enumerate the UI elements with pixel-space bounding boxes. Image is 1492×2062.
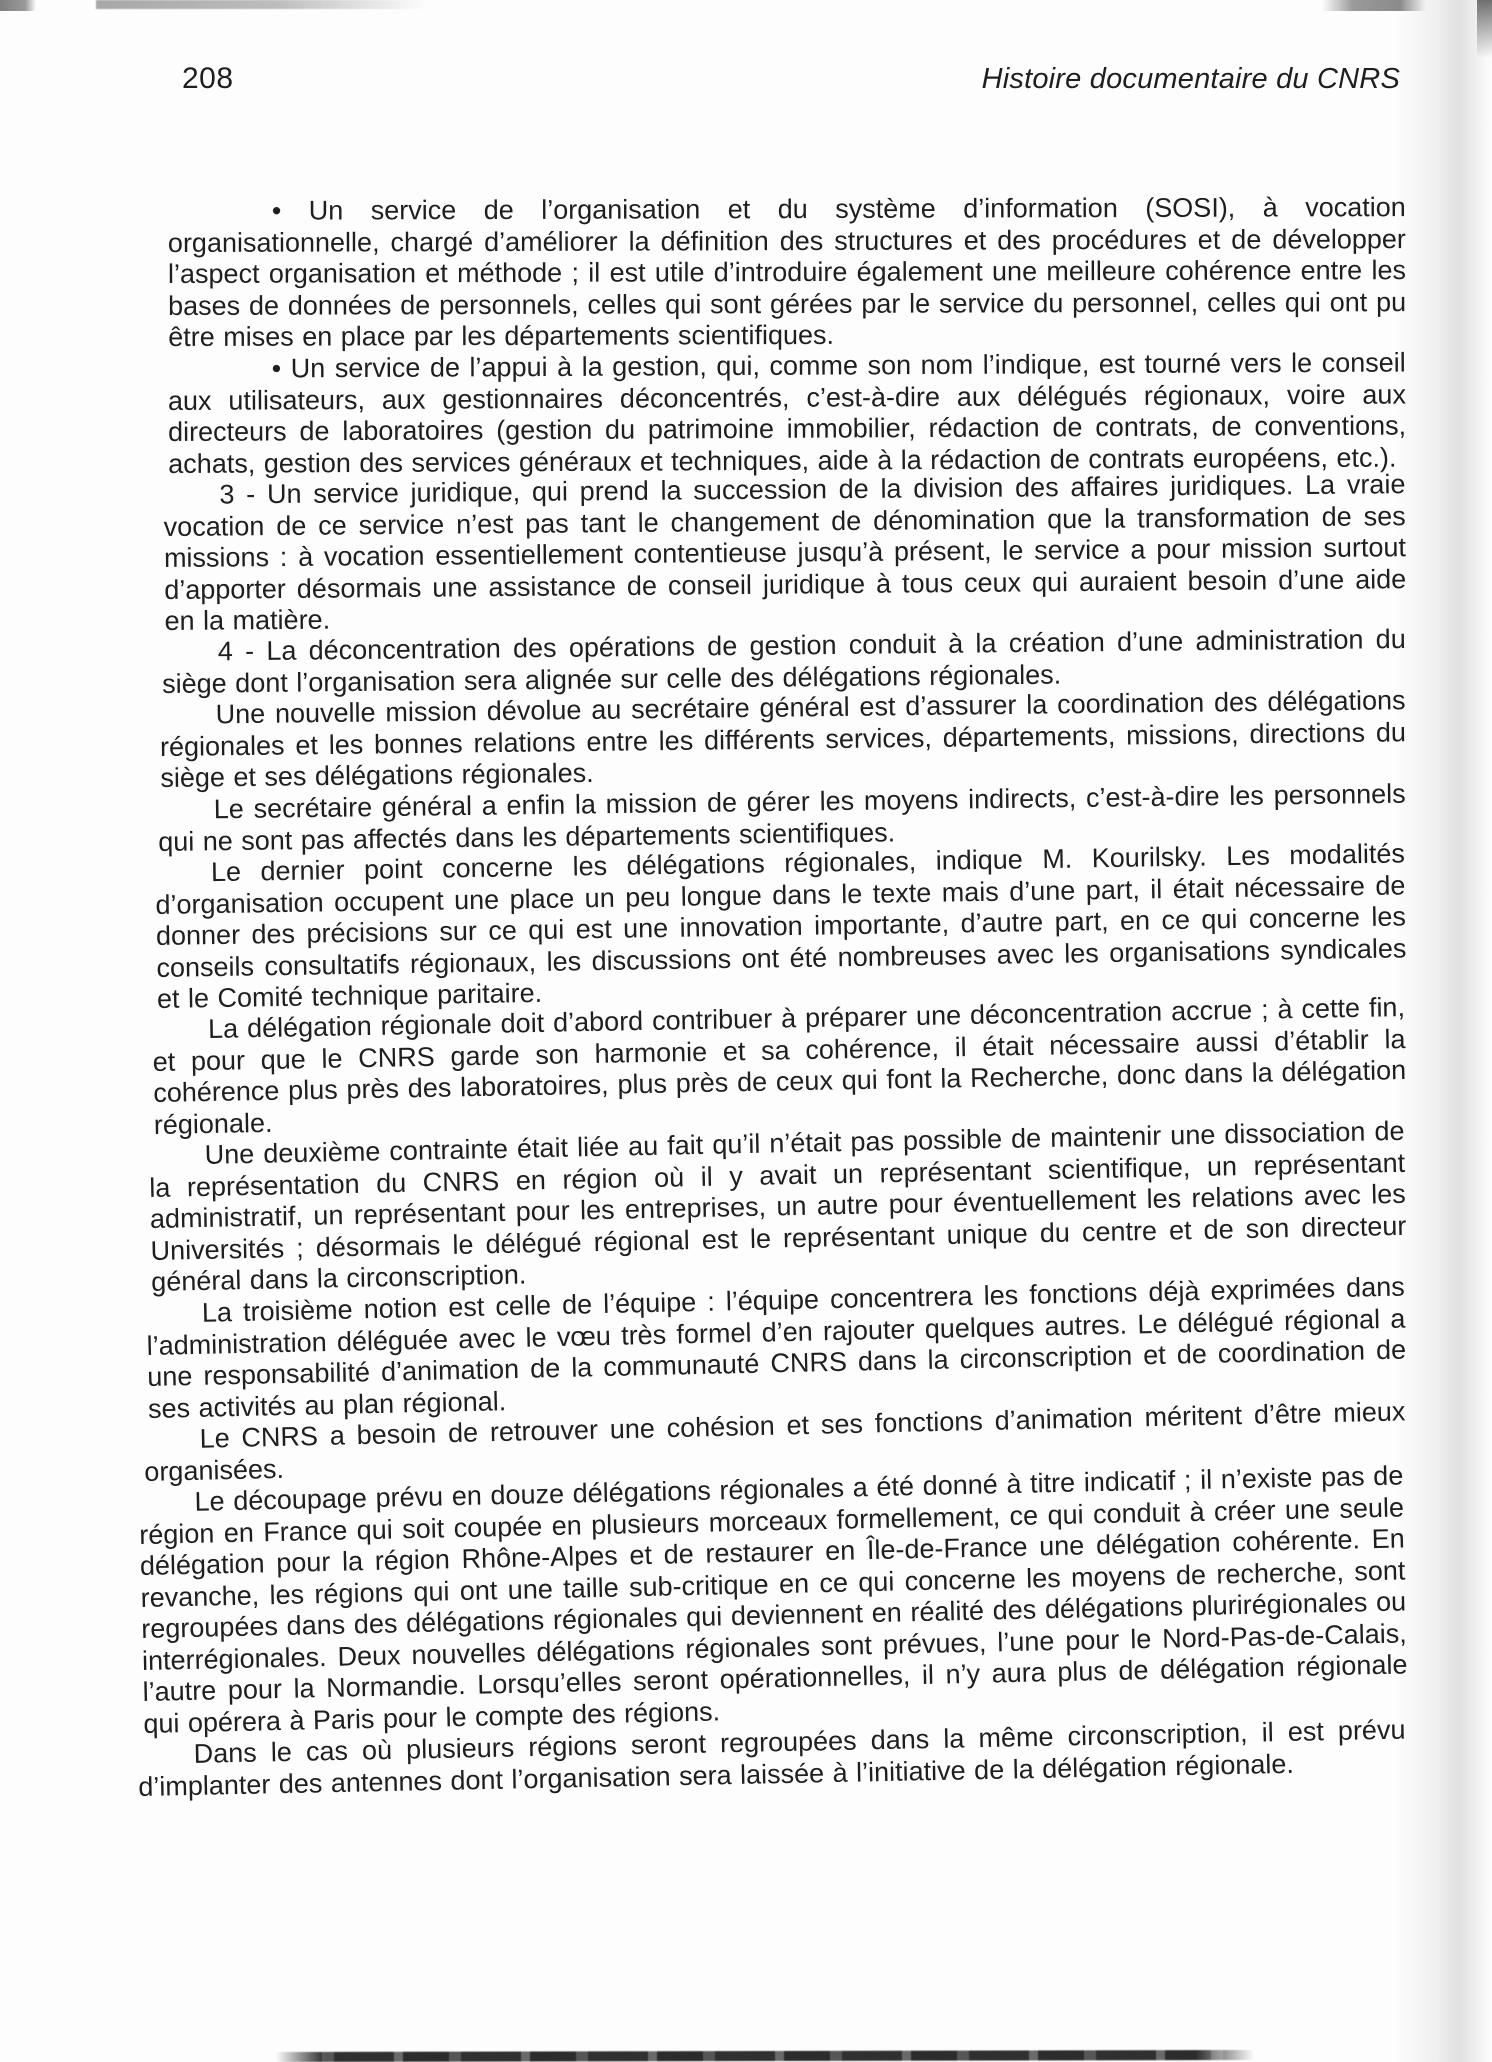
paragraph-bullet-sosi: • Un service de l’organisation et du sys… (168, 192, 1406, 353)
paragraph-3-service-juridique: 3 - Un service juridique, qui prend la s… (163, 469, 1406, 637)
scan-artifact-top-right (1322, 0, 1426, 11)
paragraph-dernier-point: Le dernier point concerne les délégation… (155, 838, 1407, 1015)
running-title: Histoire documentaire du CNRS (982, 63, 1400, 96)
scan-artifact-top-streak (96, 0, 426, 9)
scan-artifact-bottom-edge (276, 2050, 1254, 2062)
paragraph-deuxieme-contrainte: Une deuxième contrainte était liée au fa… (148, 1116, 1407, 1299)
paragraph-decoupage: Le découpage prévu en douze délégations … (138, 1460, 1408, 1740)
paragraph-nouvelle-mission: Une nouvelle mission dévolue au secrétai… (159, 685, 1406, 794)
document-body: • Un service de l’organisation et du sys… (168, 196, 1406, 1803)
paragraph-bullet-appui-gestion: • Un service de l’appui à la gestion, qu… (168, 347, 1407, 479)
scan-artifact-top-left (0, 0, 36, 11)
page-number: 208 (182, 62, 234, 96)
page-header: 208 Histoire documentaire du CNRS (182, 62, 1400, 96)
scanned-page: 208 Histoire documentaire du CNRS • Un s… (0, 0, 1492, 2062)
scan-artifact-corner (1477, 0, 1492, 58)
scan-shadow-right-edge (1396, 0, 1492, 2062)
